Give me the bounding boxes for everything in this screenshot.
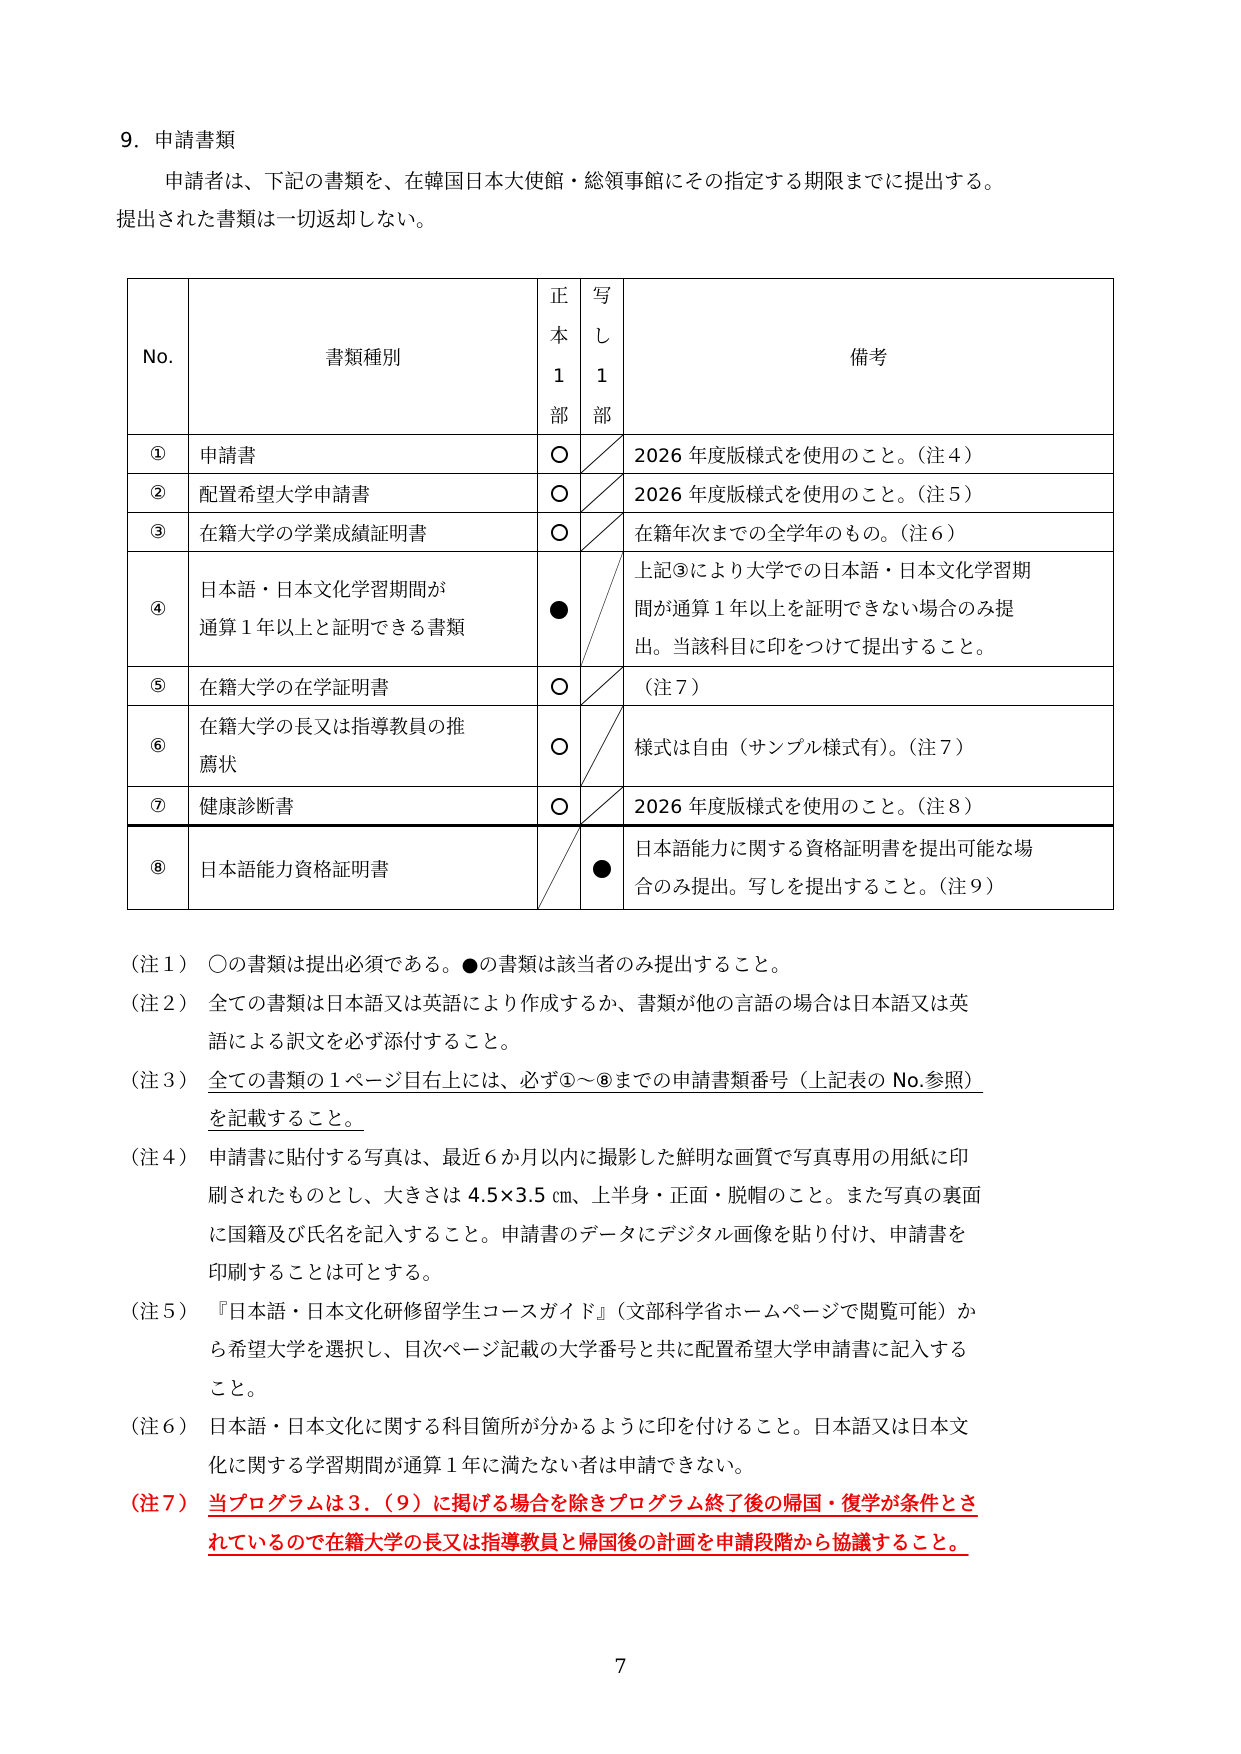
- row-no: ⑤: [128, 667, 189, 706]
- table-row: ⑧ 日本語能力資格証明書 日本語能力に関する資格証明書を提出可能な場 合のみ提出…: [128, 826, 1114, 910]
- row-type: 配置希望大学申請書: [189, 474, 538, 513]
- row-original: [538, 667, 581, 706]
- row-type: 健康診断書: [189, 787, 538, 826]
- note-line: 語による訳文を必ず添付すること。: [208, 1023, 1130, 1062]
- diagonal-slash-icon: [538, 827, 580, 909]
- note-line: 〇の書類は提出必須である。●の書類は該当者のみ提出すること。: [208, 946, 1130, 985]
- table-row: ① 申請書 2026 年度版様式を使用のこと。（注４）: [128, 435, 1114, 474]
- header-copy-char: 写: [592, 287, 611, 306]
- note-line-emphasis: れているので在籍大学の長又は指導教員と帰国後の計画を申請段階から協議すること。: [208, 1531, 969, 1554]
- row-type: 日本語・日本文化学習期間が 通算１年以上と証明できる書類: [189, 552, 538, 667]
- header-copy-char: し: [592, 327, 611, 346]
- diagonal-slash-icon: [581, 787, 623, 824]
- note-2: （注２） 全ての書類は日本語又は英語により作成するか、書類が他の言語の場合は日本…: [120, 985, 1130, 1062]
- note-3: （注３） 全ての書類の１ページ目右上には、必ず①～⑧までの申請書類番号（上記表の…: [120, 1062, 1130, 1139]
- header-original: 正 本 1 部: [538, 279, 581, 435]
- note-line: こと。: [208, 1370, 1130, 1409]
- note-1: （注１） 〇の書類は提出必須である。●の書類は該当者のみ提出すること。: [120, 946, 1130, 985]
- circle-icon: [551, 485, 568, 502]
- diagonal-slash-icon: [581, 667, 623, 705]
- note-line: 『日本語・日本文化研修留学生コースガイド』（文部科学省ホームページで閲覧可能）か: [208, 1293, 1130, 1332]
- row-original: [538, 474, 581, 513]
- documents-table: No. 書類種別 正 本 1 部 写 し 1 部 備考 ① 申請書 2026 年…: [127, 278, 1114, 910]
- header-remarks: 備考: [624, 279, 1114, 435]
- row-original-na: [538, 826, 581, 910]
- note-line: ら希望大学を選択し、目次ページ記載の大学番号と共に配置希望大学申請書に記入する: [208, 1331, 1130, 1370]
- diagonal-slash-icon: [581, 435, 623, 473]
- note-label: （注４）: [120, 1139, 208, 1293]
- row-no: ⑧: [128, 826, 189, 910]
- row-original: [538, 435, 581, 474]
- header-copy: 写 し 1 部: [581, 279, 624, 435]
- note-line-underlined: 全ての書類の１ページ目右上には、必ず①～⑧までの申請書類番号（上記表の No.参…: [208, 1069, 983, 1092]
- diagonal-slash-icon: [581, 706, 623, 786]
- note-4: （注４） 申請書に貼付する写真は、最近６か月以内に撮影した鮮明な画質で写真専用の…: [120, 1139, 1130, 1293]
- row-remarks-line: 合のみ提出。写しを提出すること。（注９）: [634, 868, 1109, 906]
- row-no: ①: [128, 435, 189, 474]
- row-original: [538, 706, 581, 787]
- row-type-line: 日本語・日本文化学習期間が: [199, 571, 537, 609]
- row-copy-na: [581, 706, 624, 787]
- row-remarks: 様式は自由（サンプル様式有）。（注７）: [624, 706, 1114, 787]
- row-no: ⑥: [128, 706, 189, 787]
- circle-icon: [551, 798, 568, 815]
- circle-icon: [551, 738, 568, 755]
- filled-dot-icon: [550, 601, 568, 619]
- row-original: [538, 552, 581, 667]
- row-type-line: 在籍大学の長又は指導教員の推: [199, 708, 537, 746]
- notes-list: （注１） 〇の書類は提出必須である。●の書類は該当者のみ提出すること。 （注２）…: [120, 946, 1130, 1562]
- row-type: 日本語能力資格証明書: [189, 826, 538, 910]
- row-remarks: 上記③により大学での日本語・日本文化学習期 間が通算１年以上を証明できない場合の…: [624, 552, 1114, 667]
- note-line: 全ての書類は日本語又は英語により作成するか、書類が他の言語の場合は日本語又は英: [208, 985, 1130, 1024]
- note-label: （注２）: [120, 985, 208, 1062]
- table-row: ③ 在籍大学の学業成績証明書 在籍年次までの全学年のもの。（注６）: [128, 513, 1114, 552]
- table-row: ④ 日本語・日本文化学習期間が 通算１年以上と証明できる書類 上記③により大学で…: [128, 552, 1114, 667]
- table-row: ⑦ 健康診断書 2026 年度版様式を使用のこと。（注８）: [128, 787, 1114, 826]
- row-no: ③: [128, 513, 189, 552]
- note-label: （注６）: [120, 1408, 208, 1485]
- row-remarks-line: 出。当該科目に印をつけて提出すること。: [634, 628, 1109, 666]
- diagonal-slash-icon: [581, 513, 623, 551]
- note-label: （注７）: [120, 1485, 208, 1562]
- row-original: [538, 513, 581, 552]
- page-number: 7: [0, 1654, 1241, 1678]
- header-original-char: 正: [549, 287, 568, 306]
- circle-icon: [551, 524, 568, 541]
- section-intro: 申請者は、下記の書類を、在韓国日本大使館・総領事館にその指定する期限までに提出す…: [116, 162, 1120, 238]
- row-remarks-line: 間が通算１年以上を証明できない場合のみ提: [634, 590, 1109, 628]
- note-line-emphasis: 当プログラムは３．（９）に掲げる場合を除きプログラム終了後の帰国・復学が条件とさ: [208, 1492, 978, 1515]
- row-type: 申請書: [189, 435, 538, 474]
- header-type: 書類種別: [189, 279, 538, 435]
- note-label: （注３）: [120, 1062, 208, 1139]
- header-copy-char: 1: [596, 367, 608, 386]
- note-line: 印刷することは可とする。: [208, 1254, 1130, 1293]
- row-no: ④: [128, 552, 189, 667]
- note-label: （注１）: [120, 946, 208, 985]
- row-remarks: 在籍年次までの全学年のもの。（注６）: [624, 513, 1114, 552]
- row-remarks: 2026 年度版様式を使用のこと。（注４）: [624, 435, 1114, 474]
- note-label: （注５）: [120, 1293, 208, 1409]
- note-line: 日本語・日本文化に関する科目箇所が分かるように印を付けること。日本語又は日本文: [208, 1408, 1130, 1447]
- note-line: 刷されたものとし、大きさは 4.5×3.5 ㎝、上半身・正面・脱帽のこと。また写…: [208, 1177, 1130, 1216]
- diagonal-slash-icon: [581, 552, 623, 666]
- diagonal-slash-icon: [581, 474, 623, 512]
- filled-dot-icon: [593, 860, 611, 878]
- note-line: 化に関する学習期間が通算１年に満たない者は申請できない。: [208, 1447, 1130, 1486]
- row-copy-na: [581, 552, 624, 667]
- row-remarks: 2026 年度版様式を使用のこと。（注５）: [624, 474, 1114, 513]
- row-no: ②: [128, 474, 189, 513]
- row-remarks: 2026 年度版様式を使用のこと。（注８）: [624, 787, 1114, 826]
- row-type: 在籍大学の長又は指導教員の推 薦状: [189, 706, 538, 787]
- row-copy-na: [581, 667, 624, 706]
- circle-icon: [551, 446, 568, 463]
- intro-line-2: 提出された書類は一切返却しない。: [116, 200, 1120, 238]
- row-remarks: （注７）: [624, 667, 1114, 706]
- note-7-emphasis: （注７） 当プログラムは３．（９）に掲げる場合を除きプログラム終了後の帰国・復学…: [120, 1485, 1130, 1562]
- table-row: ② 配置希望大学申請書 2026 年度版様式を使用のこと。（注５）: [128, 474, 1114, 513]
- intro-line-1: 申請者は、下記の書類を、在韓国日本大使館・総領事館にその指定する期限までに提出す…: [164, 169, 1004, 193]
- table-header-row: No. 書類種別 正 本 1 部 写 し 1 部 備考: [128, 279, 1114, 435]
- note-5: （注５） 『日本語・日本文化研修留学生コースガイド』（文部科学省ホームページで閲…: [120, 1293, 1130, 1409]
- note-line-underlined: を記載すること。: [208, 1107, 364, 1130]
- circle-icon: [551, 678, 568, 695]
- row-type: 在籍大学の在学証明書: [189, 667, 538, 706]
- row-type: 在籍大学の学業成績証明書: [189, 513, 538, 552]
- header-copy-char: 部: [592, 407, 611, 426]
- section-heading: 9．申請書類: [120, 124, 236, 153]
- row-no: ⑦: [128, 787, 189, 826]
- table-row: ⑥ 在籍大学の長又は指導教員の推 薦状 様式は自由（サンプル様式有）。（注７）: [128, 706, 1114, 787]
- row-copy-na: [581, 435, 624, 474]
- note-6: （注６） 日本語・日本文化に関する科目箇所が分かるように印を付けること。日本語又…: [120, 1408, 1130, 1485]
- note-line: 申請書に貼付する写真は、最近６か月以内に撮影した鮮明な画質で写真専用の用紙に印: [208, 1139, 1130, 1178]
- row-type-line: 通算１年以上と証明できる書類: [199, 609, 537, 647]
- row-original: [538, 787, 581, 826]
- row-copy-na: [581, 787, 624, 826]
- row-remarks-line: 上記③により大学での日本語・日本文化学習期: [634, 552, 1109, 590]
- row-remarks-line: 日本語能力に関する資格証明書を提出可能な場: [634, 830, 1109, 868]
- header-original-char: 部: [549, 407, 568, 426]
- row-type-line: 薦状: [199, 746, 537, 784]
- row-copy: [581, 826, 624, 910]
- row-copy-na: [581, 513, 624, 552]
- note-line: に国籍及び氏名を記入すること。申請書のデータにデジタル画像を貼り付け、申請書を: [208, 1216, 1130, 1255]
- table-row: ⑤ 在籍大学の在学証明書 （注７）: [128, 667, 1114, 706]
- header-original-char: 1: [553, 367, 565, 386]
- row-remarks: 日本語能力に関する資格証明書を提出可能な場 合のみ提出。写しを提出すること。（注…: [624, 826, 1114, 910]
- row-copy-na: [581, 474, 624, 513]
- header-original-char: 本: [549, 327, 568, 346]
- header-no: No.: [128, 279, 189, 435]
